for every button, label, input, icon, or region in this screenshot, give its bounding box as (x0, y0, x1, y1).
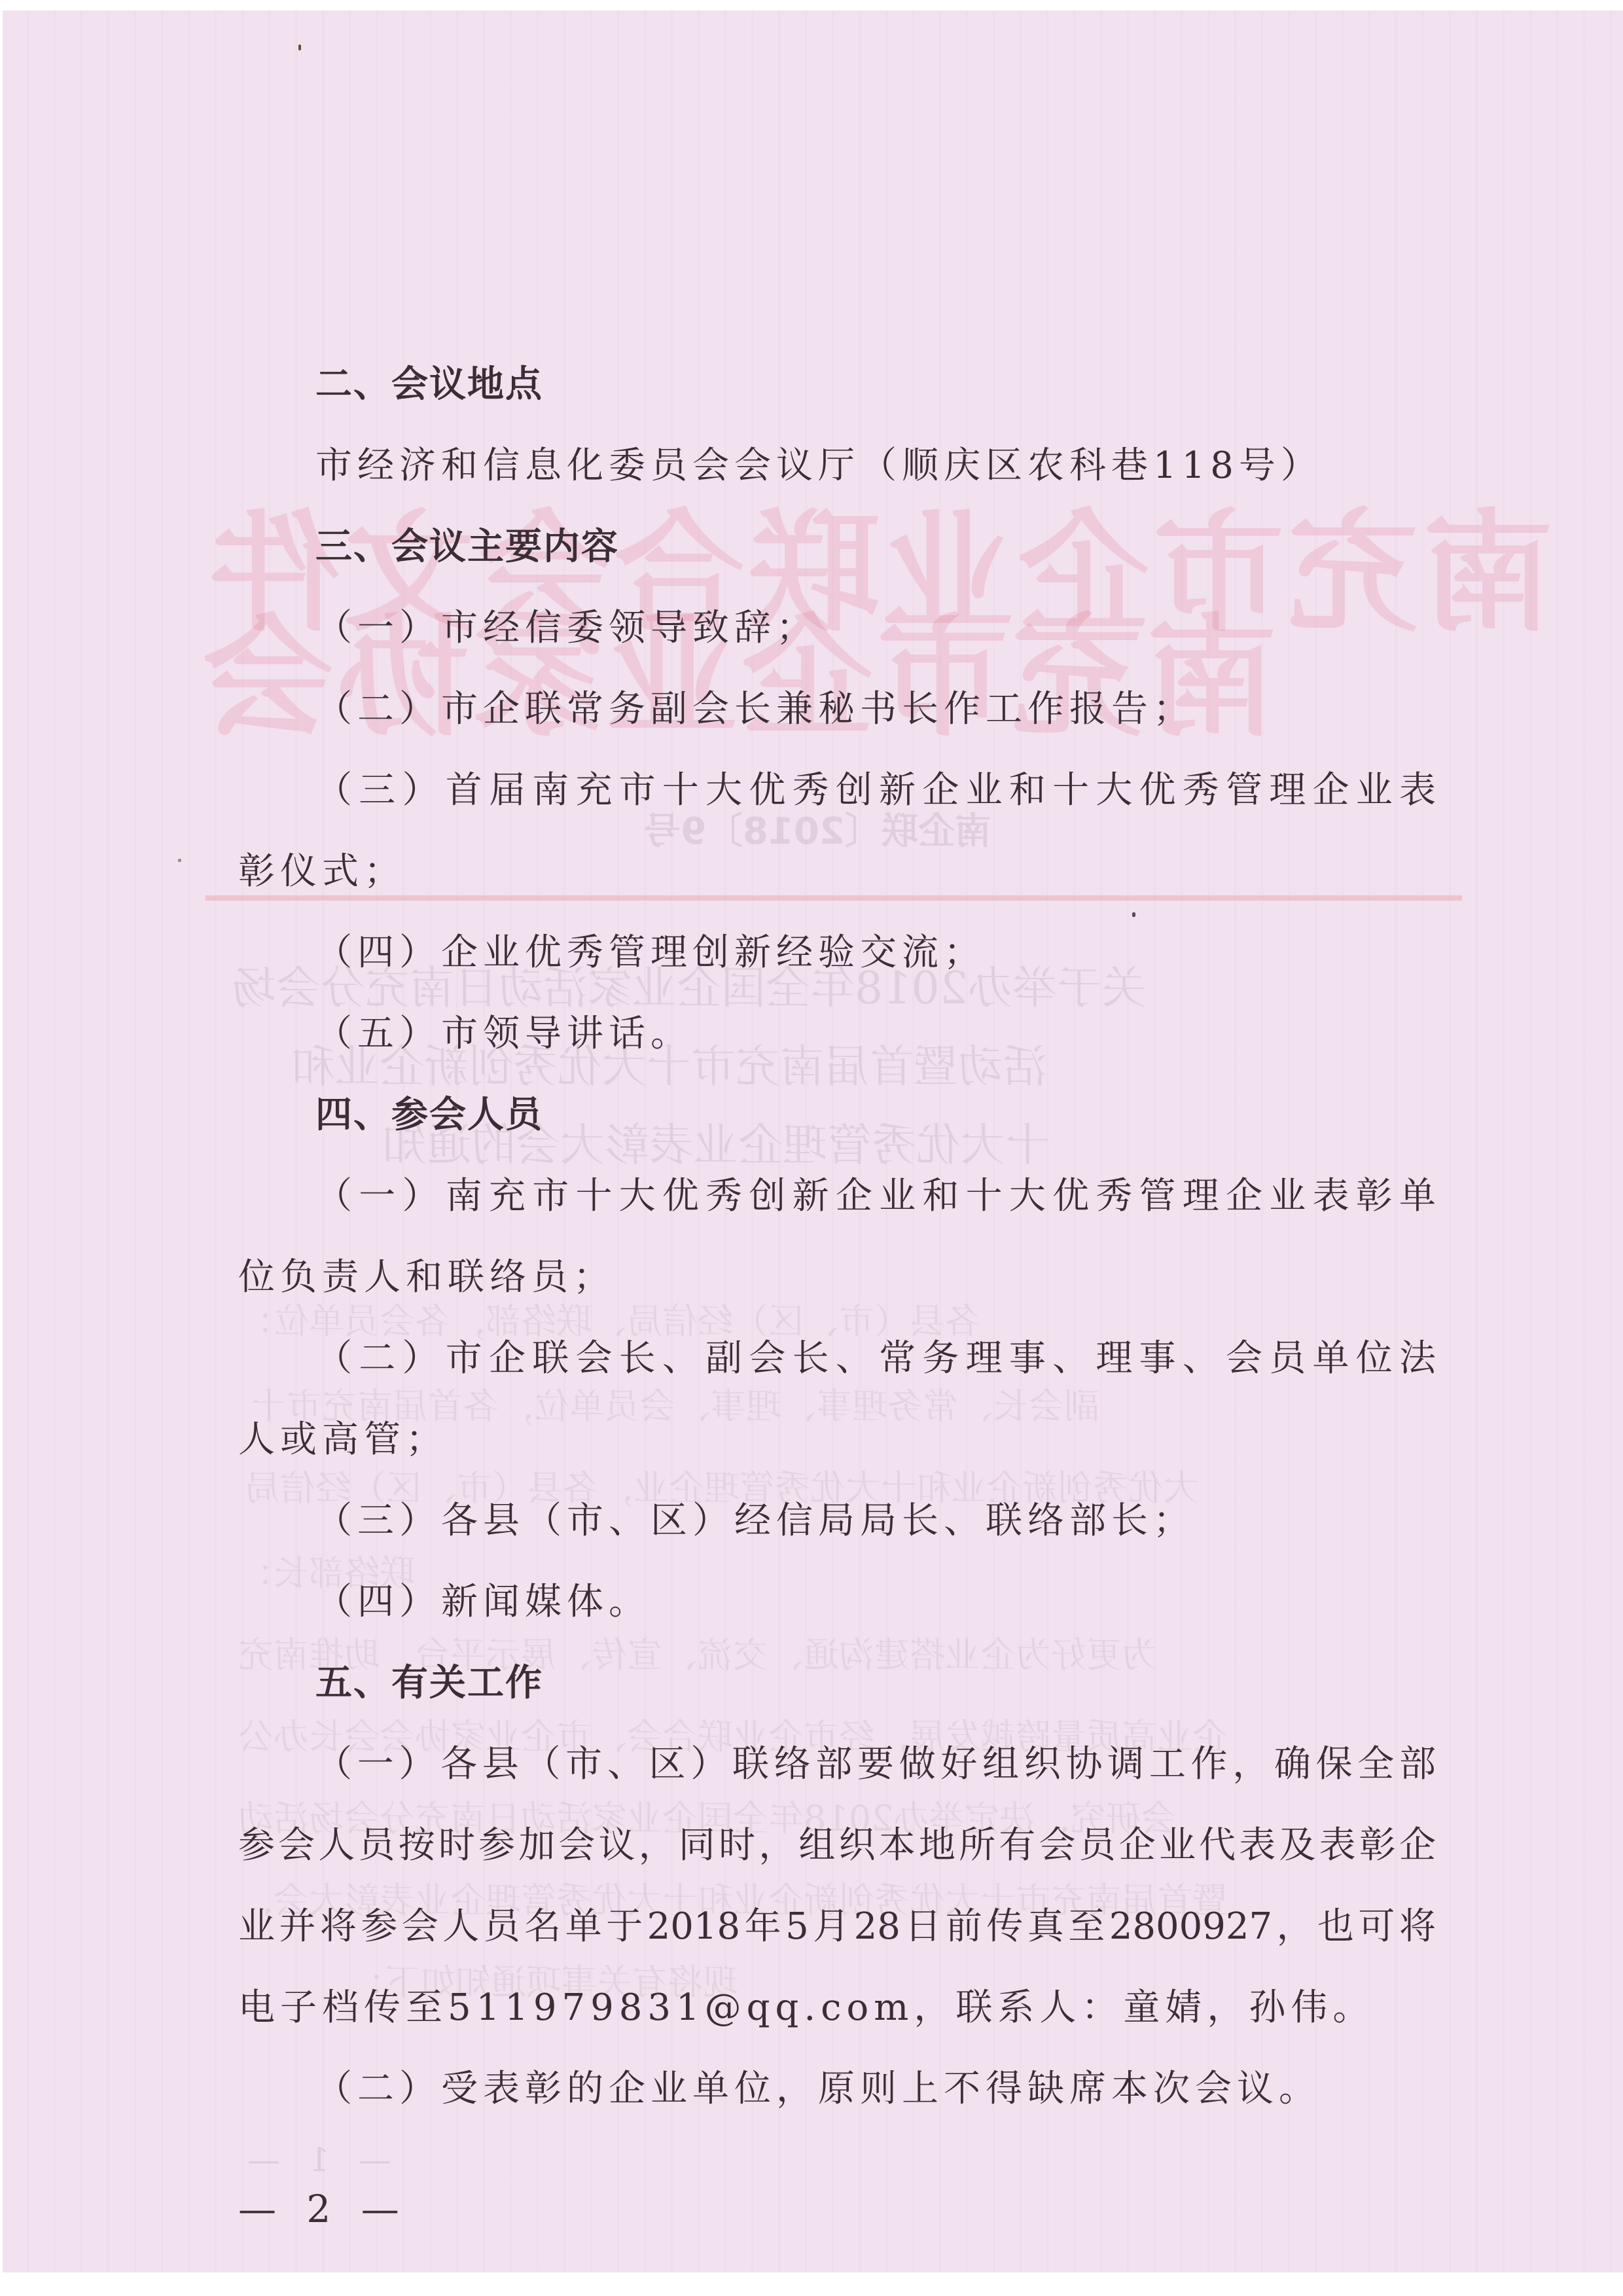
work-item: （二）受表彰的企业单位，原则上不得缺席本次会议。 (238, 2049, 1436, 2130)
scan-speck (298, 45, 301, 50)
attendee-item: （四）新闻媒体。 (238, 1562, 1436, 1643)
work-item-contact-line: 电子档传至511979831@qq.com，联系人：童婧，孙伟。 (238, 1967, 1436, 2049)
agenda-item: （四）企业优秀管理创新经验交流； (238, 912, 1436, 994)
section-heading-related-work: 五、有关工作 (238, 1643, 1436, 1724)
document-page: 南充市企业联合会文件 南充市企业家协会 南企联〔2018〕9号 关于举办2018… (3, 10, 1623, 2282)
agenda-item: （五）市领导讲话。 (238, 994, 1436, 1075)
attendee-item: （一）南充市十大优秀创新企业和十大优秀管理企业表彰单 (238, 1156, 1436, 1237)
document-body: 二、会议地点 市经济和信息化委员会会议厅（顺庆区农科巷118号） 三、会议主要内… (238, 344, 1436, 2130)
section-heading-venue: 二、会议地点 (238, 344, 1436, 425)
agenda-item: （二）市企联常务副会长兼秘书长作工作报告； (238, 669, 1436, 750)
attendee-item: （三）各县（市、区）经信局局长、联络部长； (238, 1480, 1436, 1562)
section-heading-agenda: 三、会议主要内容 (238, 507, 1436, 588)
attendee-item-continuation: 位负责人和联络员； (238, 1237, 1436, 1318)
attendee-item-continuation: 人或高管； (238, 1399, 1436, 1480)
agenda-item: （三）首届南充市十大优秀创新企业和十大优秀管理企业表 (238, 750, 1436, 831)
agenda-item: （一）市经信委领导致辞； (238, 588, 1436, 669)
work-item-continuation: 参会人员按时参加会议，同时，组织本地所有会员企业代表及表彰企 (238, 1805, 1436, 1886)
work-item-continuation: 业并将参会人员名单于2018年5月28日前传真至2800927，也可将 (238, 1886, 1436, 1967)
bleed-page-number: — 1 — (238, 2141, 391, 2179)
section-heading-attendees: 四、参会人员 (238, 1075, 1436, 1156)
attendee-item: （二）市企联会长、副会长、常务理事、理事、会员单位法 (238, 1318, 1436, 1399)
venue-line: 市经济和信息化委员会会议厅（顺庆区农科巷118号） (238, 425, 1436, 507)
page-number: — 2 — (238, 2187, 408, 2231)
work-item: （一）各县（市、区）联络部要做好组织协调工作，确保全部 (238, 1724, 1436, 1805)
scan-speck (178, 859, 181, 862)
agenda-item-continuation: 彰仪式； (238, 831, 1436, 912)
